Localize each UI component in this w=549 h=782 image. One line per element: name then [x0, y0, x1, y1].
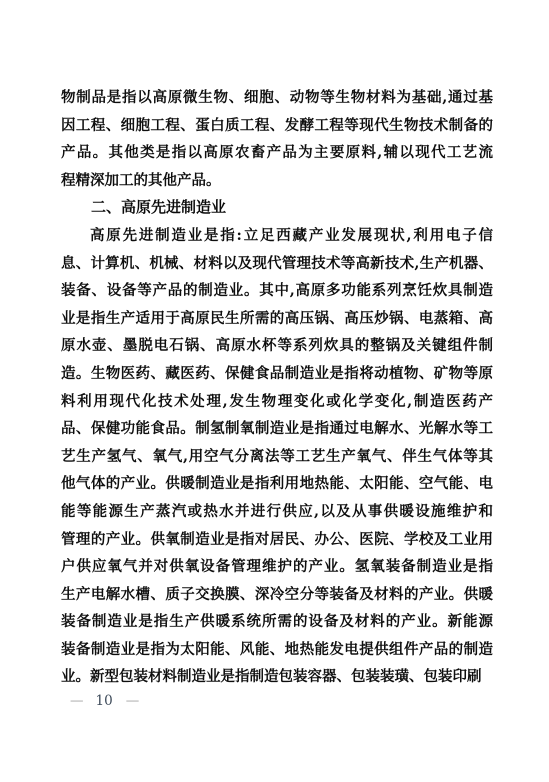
text-line: 业。新型包装材料制造业是指制造包装容器、包装装璜、包装印刷 — [61, 663, 493, 691]
body-paragraph: 高原先进制造业是指:立足西藏产业发展现状,利用电子信息、计算机、机械、材料以及现… — [61, 222, 493, 691]
page-number: 10 — [96, 693, 113, 709]
text-line: 装备制造业是指为太阳能、风能、地热能发电提供组件产品的制造 — [61, 636, 493, 664]
text-line: 物制品是指以高原微生物、细胞、动物等生物材料为基础,通过基 — [61, 84, 493, 112]
text-line: 程精深加工的其他产品。 — [61, 167, 493, 195]
text-line: 产品。其他类是指以高原农畜产品为主要原料,辅以现代工艺流 — [61, 139, 493, 167]
document-page: 物制品是指以高原微生物、细胞、动物等生物材料为基础,通过基因工程、细胞工程、蛋白… — [0, 0, 549, 782]
text-line: 装备、设备等产品的制造业。其中,高原多功能系列烹饪炊具制造 — [61, 277, 493, 305]
text-line: 原水壶、墨脱电石锅、高原水杯等系列炊具的整锅及关键组件制 — [61, 332, 493, 360]
continuation-paragraph: 物制品是指以高原微生物、细胞、动物等生物材料为基础,通过基因工程、细胞工程、蛋白… — [61, 84, 493, 194]
text-line: 生产电解水槽、质子交换膜、深冷空分等装备及材料的产业。供暖 — [61, 581, 493, 609]
text-line: 品、保健功能食品。制氢制氧制造业是指通过电解水、光解水等工 — [61, 415, 493, 443]
text-line: 息、计算机、机械、材料以及现代管理技术等高新技术,生产机器、 — [61, 250, 493, 278]
text-line: 户供应氧气并对供氧设备管理维护的产业。氢氧装备制造业是指 — [61, 553, 493, 581]
section-heading: 二、高原先进制造业 — [61, 194, 493, 222]
text-line: 业是指生产适用于高原民生所需的高压锅、高压炒锅、电蒸箱、高 — [61, 305, 493, 333]
text-line: 因工程、细胞工程、蛋白质工程、发酵工程等现代生物技术制备的 — [61, 112, 493, 140]
text-line: 造。生物医药、藏医药、保健食品制造业是指将动植物、矿物等原 — [61, 360, 493, 388]
text-line: 艺生产氢气、氧气,用空气分离法等工艺生产氧气、伴生气体等其 — [61, 443, 493, 471]
text-line: 能等能源生产蒸汽或热水并进行供应,以及从事供暖设施维护和 — [61, 498, 493, 526]
footer-right-dash: — — [126, 693, 139, 709]
text-line: 装备制造业是指生产供暖系统所需的设备及材料的产业。新能源 — [61, 608, 493, 636]
text-line: 管理的产业。供氧制造业是指对居民、办公、医院、学校及工业用 — [61, 526, 493, 554]
text-line: 他气体的产业。供暖制造业是指利用地热能、太阳能、空气能、电 — [61, 470, 493, 498]
text-line: 料利用现代化技术处理,发生物理变化或化学变化,制造医药产 — [61, 388, 493, 416]
text-block: 物制品是指以高原微生物、细胞、动物等生物材料为基础,通过基因工程、细胞工程、蛋白… — [61, 84, 493, 691]
text-line: 高原先进制造业是指:立足西藏产业发展现状,利用电子信 — [61, 222, 493, 250]
page-footer: — 10 — — [70, 693, 138, 709]
footer-left-dash: — — [70, 693, 83, 709]
